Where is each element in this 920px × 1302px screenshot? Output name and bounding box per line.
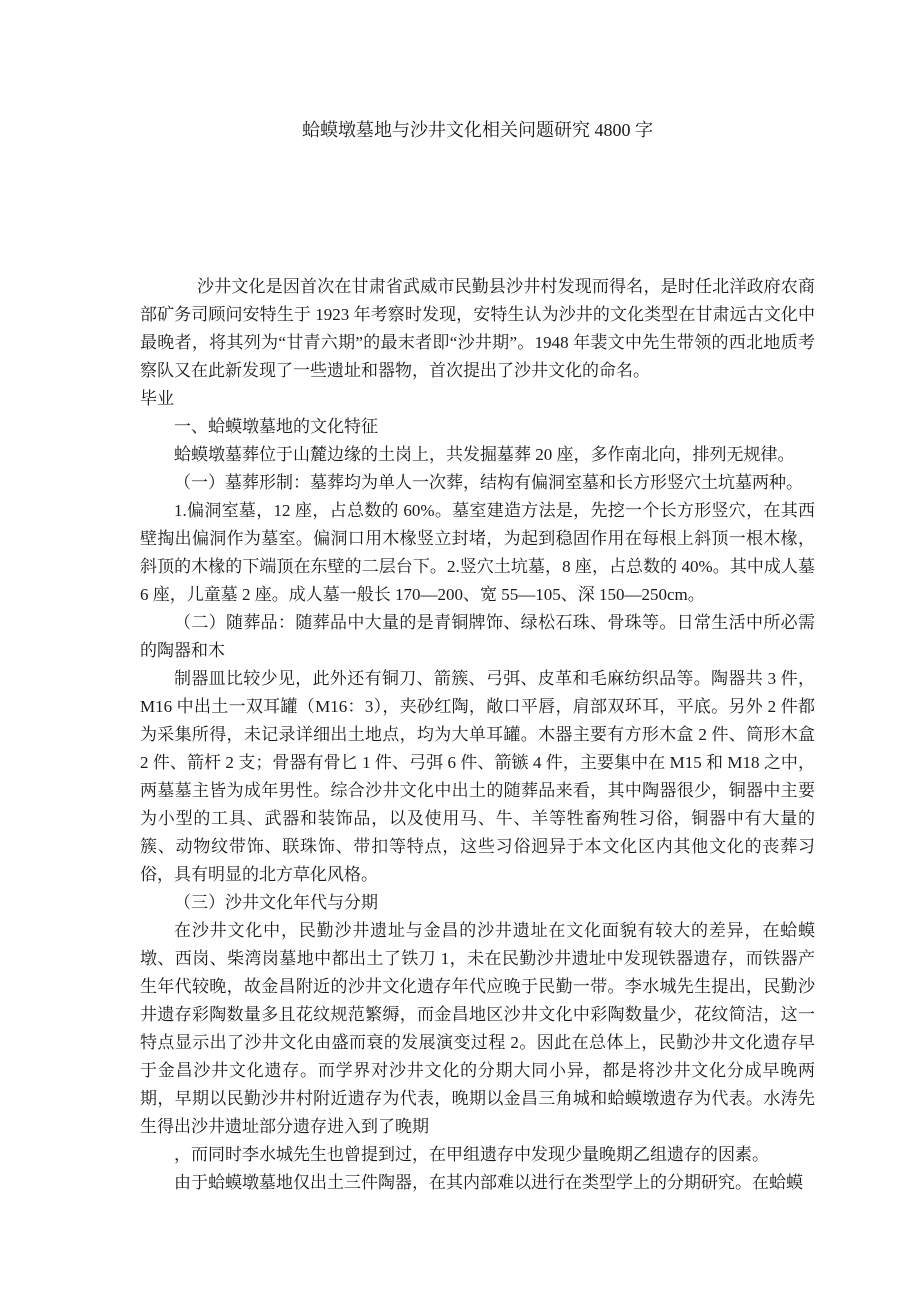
paragraph-grave-goods-detail: 制器皿比较少见，此外还有铜刀、箭簇、弓弭、皮革和毛麻纺织品等。陶器共 3 件，M… bbox=[140, 665, 815, 889]
document-title: 蛤蟆墩墓地与沙井文化相关问题研究 4800 字 bbox=[140, 118, 815, 143]
paragraph-grave-goods-intro: （二）随葬品：随葬品中大量的是青铜牌饰、绿松石珠、骨珠等。日常生活中所必需的陶器… bbox=[140, 609, 815, 665]
heading-section-three: （三）沙井文化年代与分期 bbox=[140, 889, 815, 917]
document-content: 蛤蟆墩墓地与沙井文化相关问题研究 4800 字 沙井文化是因首次在甘肃省武威市民… bbox=[0, 118, 920, 1197]
paragraph-tomb-types: 1.偏洞室墓，12 座，占总数的 60%。墓室建造方法是，先挖一个长方形竖穴，在… bbox=[140, 497, 815, 609]
paragraph-shajing-intro: 沙井文化是因首次在甘肃省武威市民勤县沙井村发现而得名，是时任北洋政府农商部矿务司… bbox=[140, 273, 815, 385]
paragraph-burial-form: （一）墓葬形制：墓葬均为单人一次葬，结构有偏洞室墓和长方形竖穴土坑墓两种。 bbox=[140, 469, 815, 497]
paragraph-dating-periodization: 在沙井文化中，民勤沙井遗址与金昌的沙井遗址在文化面貌有较大的差异，在蛤蟆墩、西岗… bbox=[140, 917, 815, 1141]
paragraph-li-shuicheng-note: ，而同时李水城先生也曾提到过，在甲组遗存中发现少量晚期乙组遗存的因素。 bbox=[140, 1141, 815, 1169]
heading-section-one: 一、蛤蟆墩墓地的文化特征 bbox=[140, 413, 815, 441]
paragraph-tomb-overview: 蛤蟆墩墓葬位于山麓边缘的土岗上，共发掘墓葬 20 座，多作南北向，排列无规律。 bbox=[140, 441, 815, 469]
document-title-text: 蛤蟆墩墓地与沙井文化相关问题研究 4800 字 bbox=[302, 120, 653, 140]
text-biye: 毕业 bbox=[140, 385, 815, 413]
paragraph-pottery-typology: 由于蛤蟆墩墓地仅出土三件陶器，在其内部难以进行在类型学上的分期研究。在蛤蟆 bbox=[140, 1169, 815, 1197]
document-page: 蛤蟆墩墓地与沙井文化相关问题研究 4800 字 沙井文化是因首次在甘肃省武威市民… bbox=[0, 0, 920, 1302]
document-body: 沙井文化是因首次在甘肃省武威市民勤县沙井村发现而得名，是时任北洋政府农商部矿务司… bbox=[140, 273, 815, 1197]
